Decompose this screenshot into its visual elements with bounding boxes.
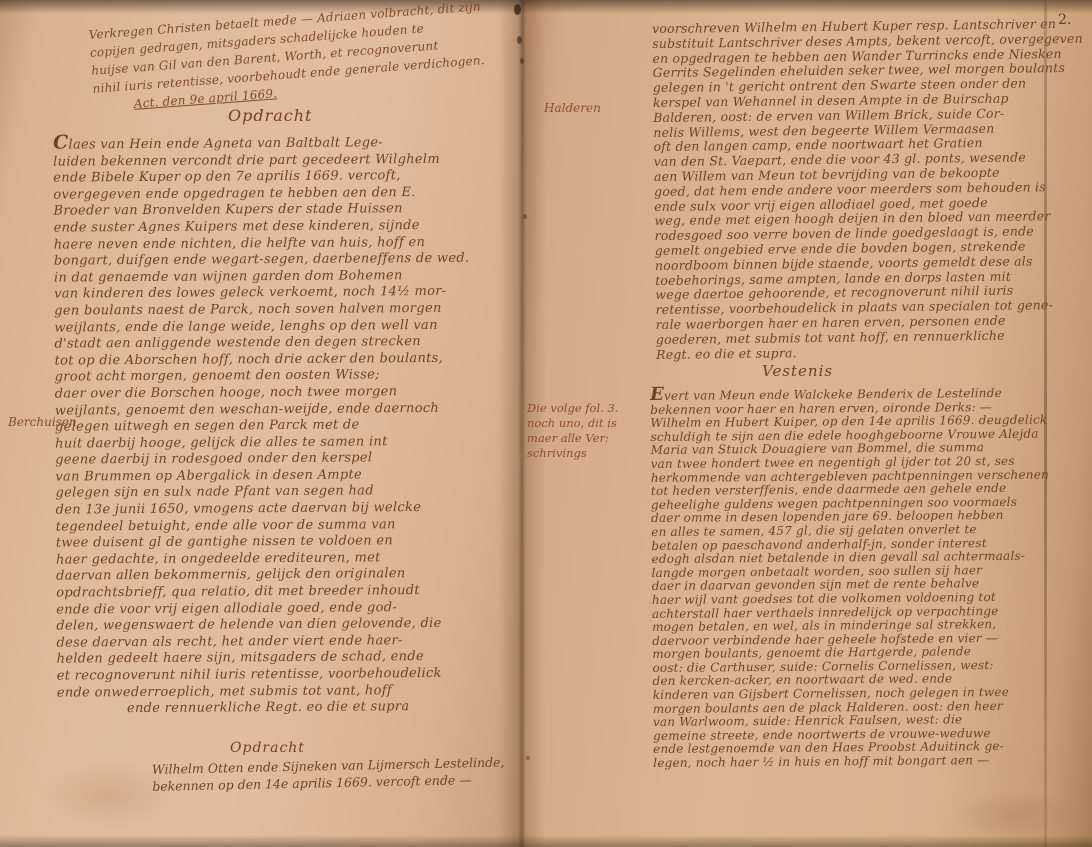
manuscript-line: Die volge fol. 3. (527, 401, 647, 416)
left-heading-opdracht: Opdracht (228, 106, 312, 125)
manuscript-line: maer alle Ver: (527, 431, 647, 446)
left-heading-opdracht-2: Opdracht (230, 740, 305, 756)
manuscript-line: ende rennuerkliche Regt. eo die et supra (127, 699, 512, 718)
photo-top-edge (0, 0, 1092, 14)
photo-bottom-edge (0, 835, 1092, 847)
ink-blot (526, 756, 530, 760)
right-heading-vestenis: Vestenis (762, 362, 833, 380)
left-page-body-text: Claes van Hein ende Agneta van Baltbalt … (53, 131, 512, 718)
manuscript-line: gen boulants naest de Parck, noch soven … (54, 300, 509, 320)
manuscript-line: schrivings (527, 446, 647, 461)
ink-blot (523, 214, 527, 219)
right-page-body-text-1: voorschreven Wilhelm en Hubert Kuper res… (652, 17, 1080, 362)
manuscript-line: bongart, duifgen ende wegart-segen, daer… (54, 251, 509, 271)
margin-note-halderen: Halderen (544, 101, 601, 115)
right-page-body-text-2: Evert van Meun ende Walckeke Benderix de… (650, 384, 1081, 770)
manuscript-line: luiden bekennen vercondt drie part geced… (53, 151, 508, 171)
manuscript-line: noch uno, dit is (527, 416, 647, 431)
margin-note-die-volge: Die volge fol. 3.noch uno, dit ismaer al… (527, 401, 647, 461)
manuscript-photo: Verkregen Christen betaelt mede — Adriae… (0, 0, 1092, 847)
